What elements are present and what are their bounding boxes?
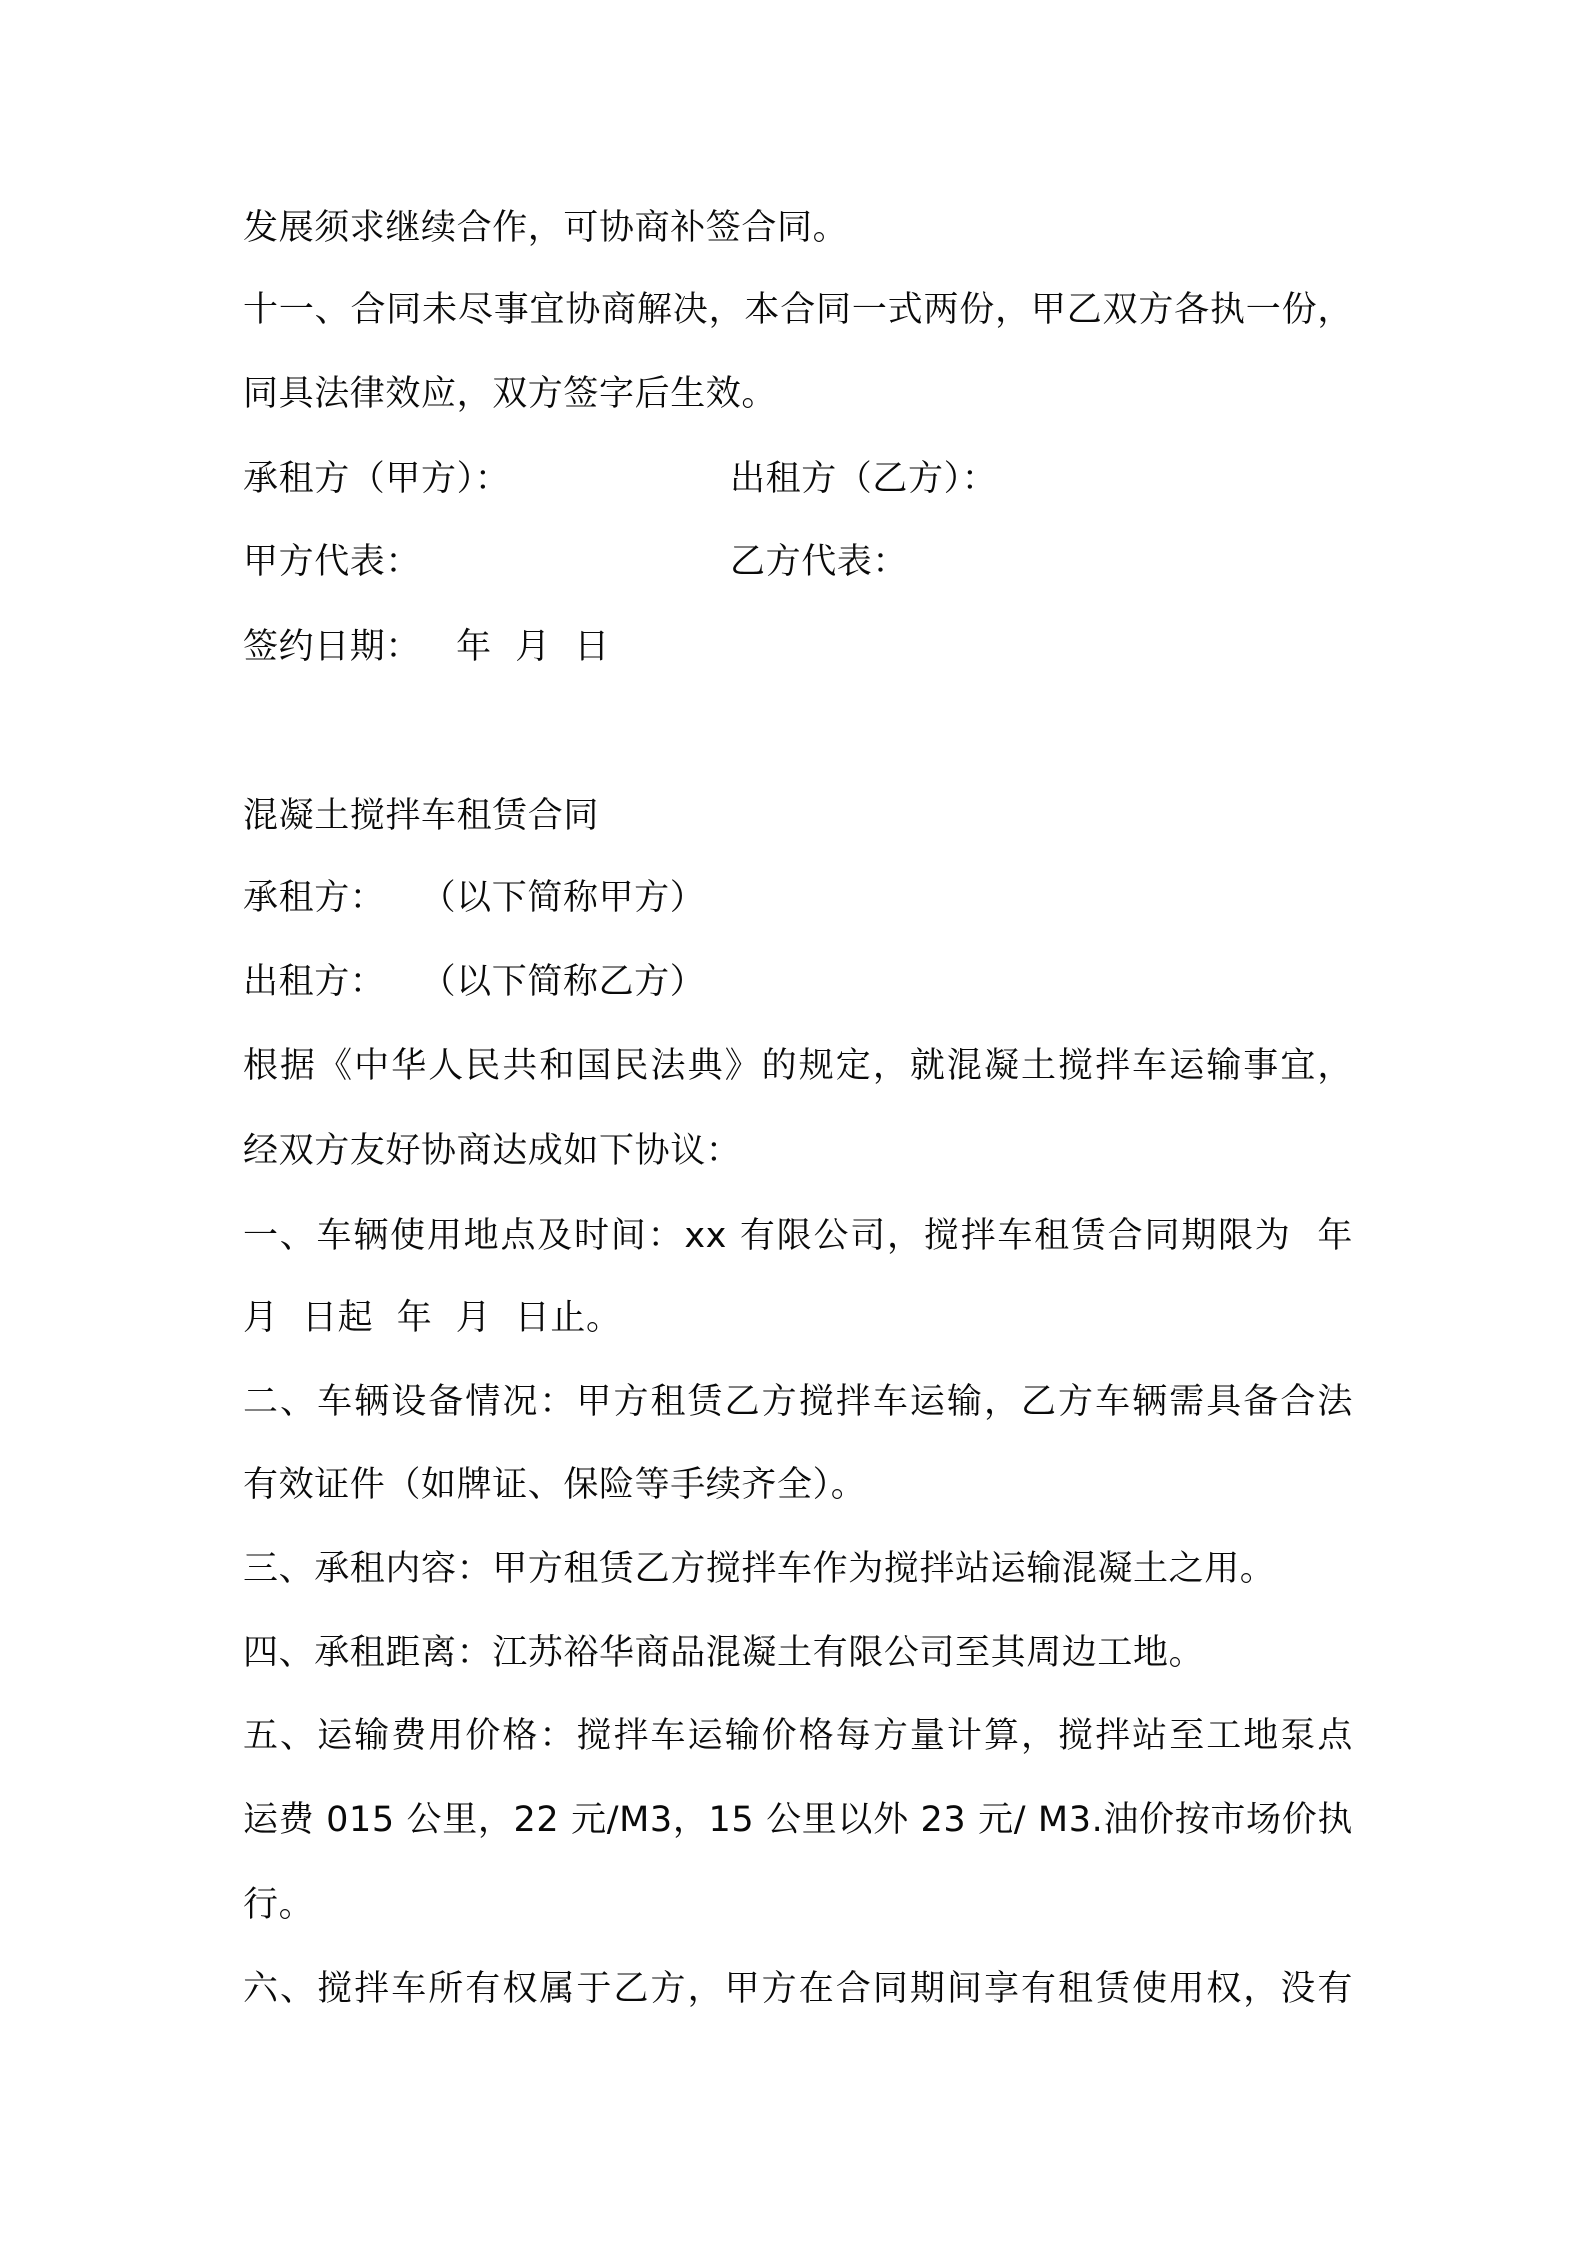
clause-2-line-2: 有效证件（如牌证、保险等手续齐全）。	[243, 1463, 1353, 1507]
lessor-line: 出租方： （以下简称乙方）	[243, 960, 1353, 1004]
clause-5-line-3: 行。	[243, 1883, 1353, 1927]
signature-row-representatives: 甲方代表： 乙方代表：	[243, 540, 1353, 584]
clause-5-line-2: 运费 015 公里，22 元/M3，15 公里以外 23 元/ M3.油价按市场…	[243, 1798, 1353, 1842]
lessor-signature-label: 出租方（乙方）：	[730, 457, 997, 501]
clause-5-line-1: 五、运输费用价格：搅拌车运输价格每方量计算，搅拌站至工地泵点	[243, 1714, 1353, 1758]
paragraph-continuation: 发展须求继续合作，可协商补签合同。	[243, 206, 1353, 250]
preamble-line-2: 经双方友好协商达成如下协议：	[243, 1129, 1353, 1173]
signature-row-parties: 承租方（甲方）： 出租方（乙方）：	[243, 457, 1353, 501]
party-a-representative-label: 甲方代表：	[243, 542, 421, 582]
lessee-signature-label: 承租方（甲方）：	[243, 459, 510, 499]
party-b-representative-label: 乙方代表：	[730, 540, 908, 584]
clause-6-line-1: 六、搅拌车所有权属于乙方，甲方在合同期间享有租赁使用权，没有	[243, 1967, 1353, 2011]
preamble-line-1: 根据《中华人民共和国民法典》的规定，就混凝土搅拌车运输事宜，	[243, 1044, 1353, 1088]
sign-date-label: 签约日期： 年 月 日	[243, 625, 1353, 669]
clause-11-line-1: 十一、合同未尽事宜协商解决，本合同一式两份，甲乙双方各执一份，	[243, 288, 1353, 332]
contract-title: 混凝土搅拌车租赁合同	[243, 794, 1353, 838]
clause-3-line-1: 三、承租内容：甲方租赁乙方搅拌车作为搅拌站运输混凝土之用。	[243, 1547, 1353, 1591]
lessee-line: 承租方： （以下简称甲方）	[243, 876, 1353, 920]
clause-2-line-1: 二、车辆设备情况：甲方租赁乙方搅拌车运输，乙方车辆需具备合法	[243, 1380, 1353, 1424]
clause-1-line-1: 一、车辆使用地点及时间：xx 有限公司，搅拌车租赁合同期限为 年	[243, 1214, 1353, 1258]
clause-11-line-2: 同具法律效应，双方签字后生效。	[243, 372, 1353, 416]
document-page: 发展须求继续合作，可协商补签合同。 十一、合同未尽事宜协商解决，本合同一式两份，…	[0, 0, 1586, 2244]
clause-1-line-2: 月 日起 年 月 日止。	[243, 1296, 1353, 1340]
clause-4-line-1: 四、承租距离：江苏裕华商品混凝土有限公司至其周边工地。	[243, 1631, 1353, 1675]
